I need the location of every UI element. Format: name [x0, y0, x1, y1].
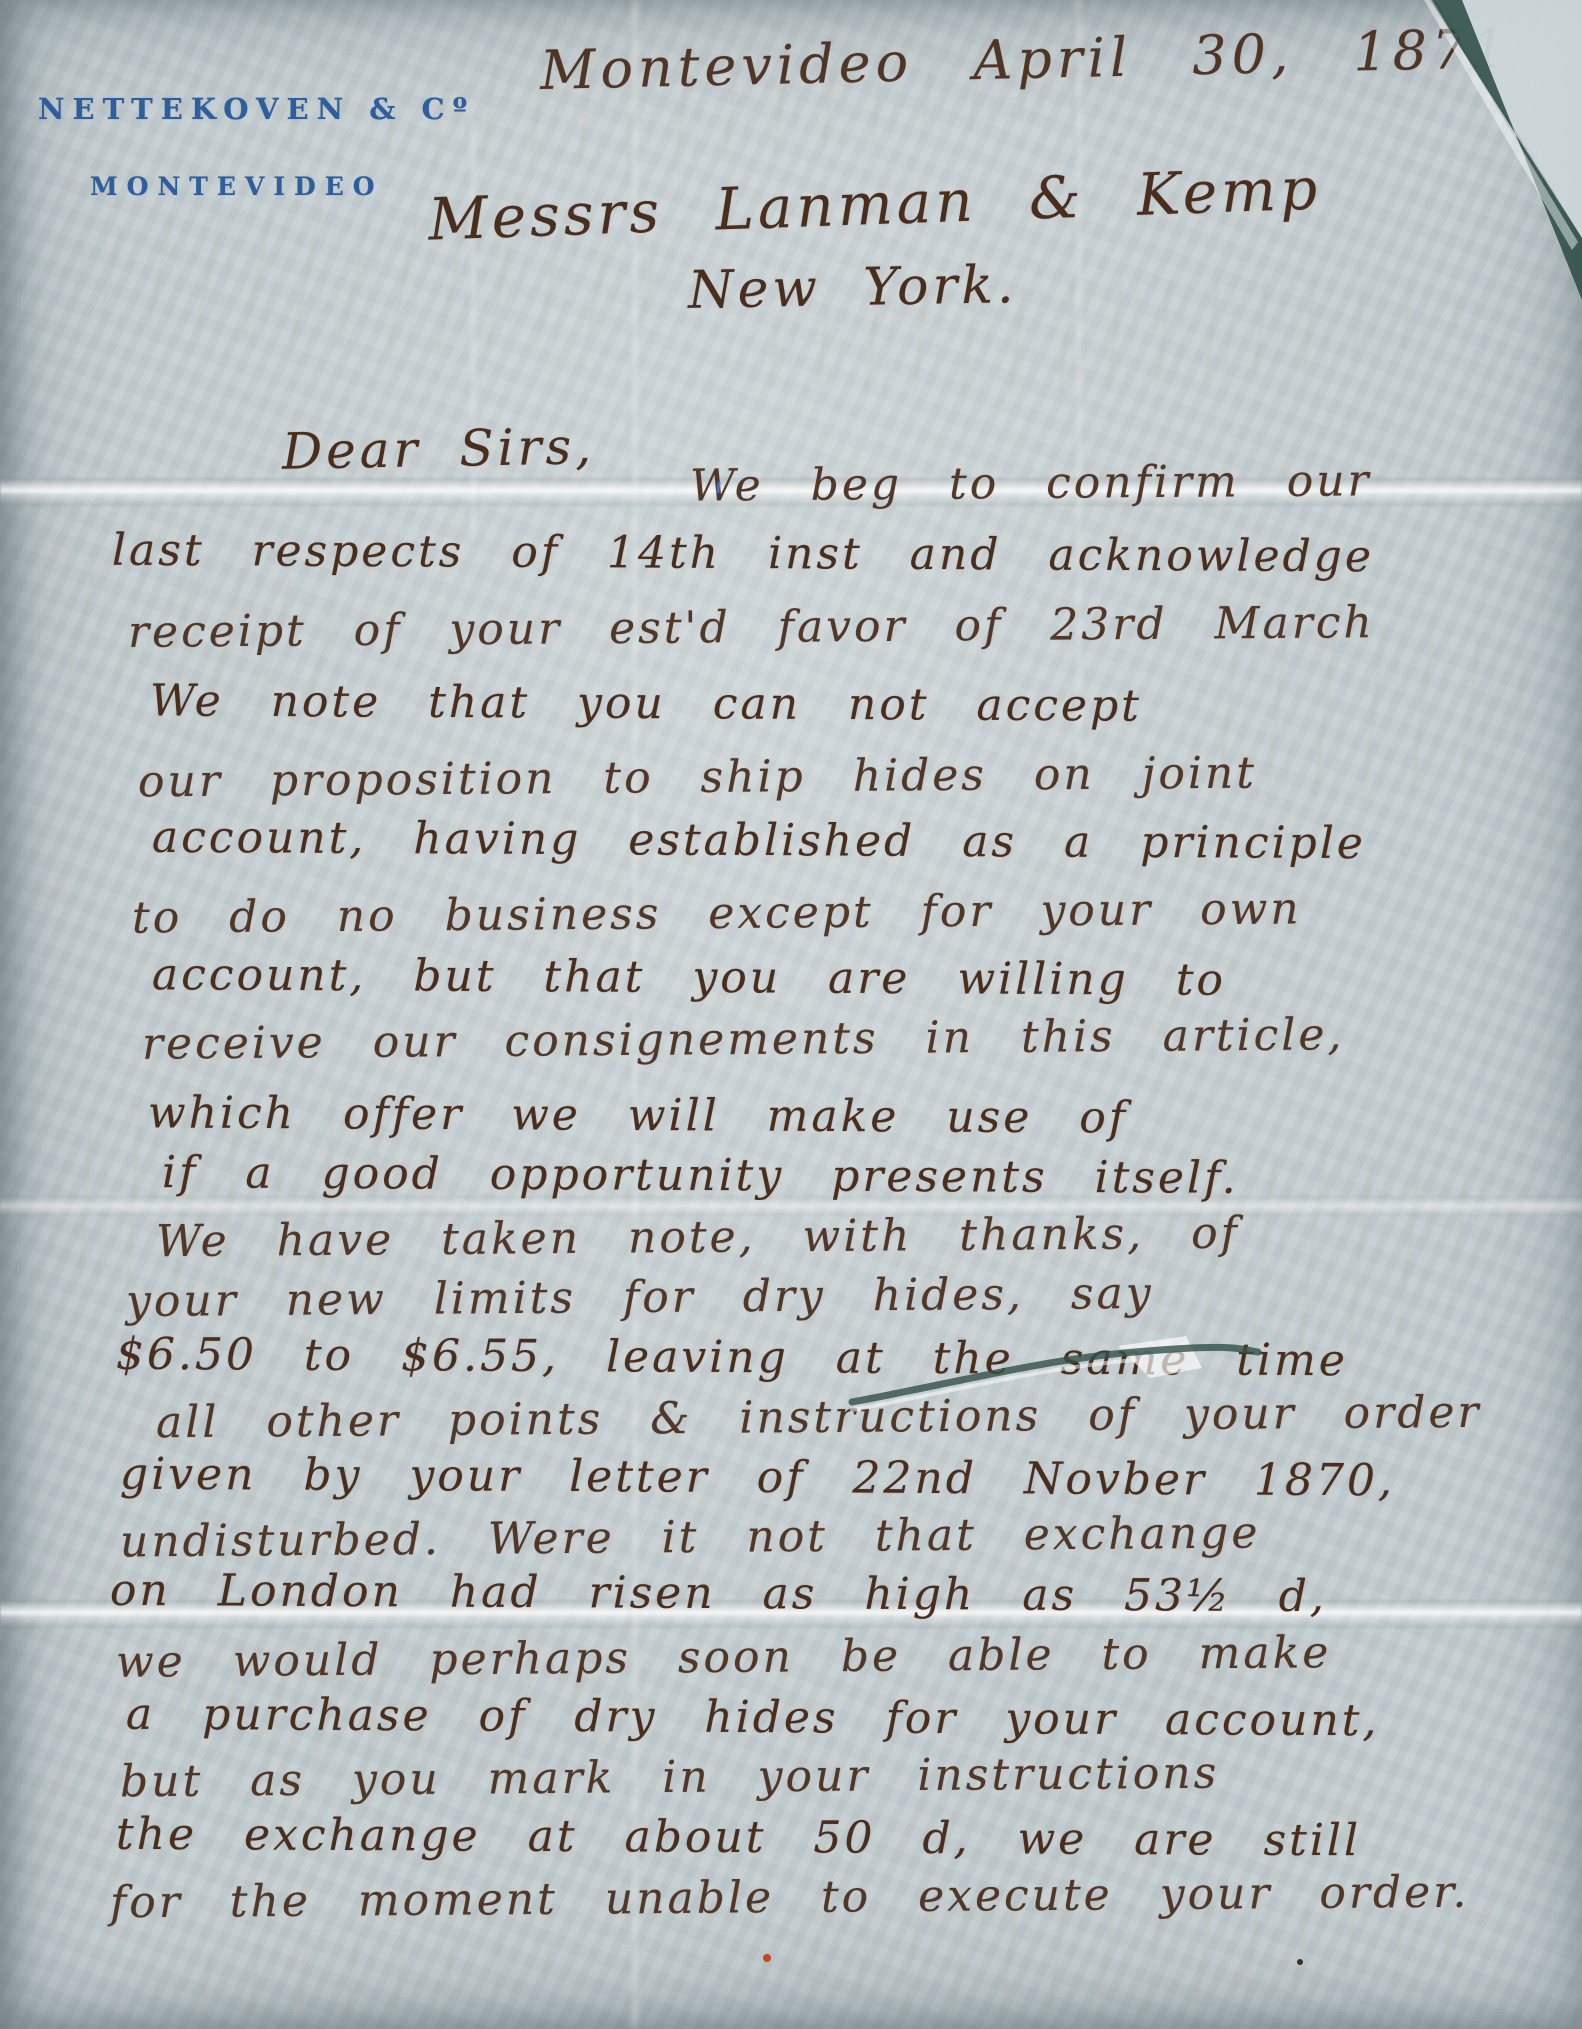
letter-line: account, having established as a princip… [152, 812, 1366, 869]
letter-line: all other points & instructions of your … [156, 1387, 1482, 1448]
letter-line: our proposition to ship hides on joint [138, 748, 1257, 808]
letter-line: the exchange at about 50 d, we are still [116, 1809, 1361, 1867]
letterhead: NETTEKOVEN & Cº MONTEVIDEO [38, 92, 475, 201]
letter-line: but as you mark in your instructions [120, 1748, 1220, 1808]
letter-line: We note that you can not accept [150, 675, 1142, 731]
recipient-name: Messrs Lanman & Kemp [427, 154, 1322, 253]
letterhead-company: NETTEKOVEN & Cº [38, 92, 475, 126]
letter-line: undisturbed. Were it not that exchange [120, 1508, 1261, 1568]
letter-line: if a good opportunity presents itself. [162, 1147, 1239, 1204]
letter-line: account, but that you are willing to [152, 949, 1226, 1006]
date-line: Montevideo April 30, 1871 [539, 17, 1511, 102]
letterhead-city: MONTEVIDEO [90, 172, 475, 201]
letter-line: your new limits for dry hides, say [126, 1268, 1154, 1327]
letter-line: a purchase of dry hides for your account… [126, 1689, 1380, 1747]
letter-line: $6.50 to $6.55, leaving at the same time [116, 1329, 1348, 1386]
letter-line: for the moment unable to execute your or… [110, 1867, 1470, 1929]
letter-line: given by your letter of 22nd Novber 1870… [120, 1449, 1395, 1507]
bleed-through-texture [148, 1919, 572, 2029]
letter-line: which offer we will make use of [148, 1087, 1128, 1143]
letter-line: on London had risen as high as 53½ d, [110, 1565, 1327, 1622]
salutation: Dear Sirs, [282, 417, 596, 480]
letter-line: last respects of 14th inst and acknowled… [112, 525, 1374, 583]
letter-line: receive our consignements in this articl… [142, 1009, 1345, 1069]
letter-line: to do no business except for your own [132, 883, 1302, 943]
recipient-city: New York. [688, 255, 1018, 321]
letter-line: We beg to confirm our [690, 455, 1372, 511]
letter-line: We have taken note, with thanks, of [156, 1208, 1240, 1268]
letter-line: we would perhaps soon be able to make [116, 1627, 1332, 1688]
letter-line: receipt of your est'd favor of 23rd Marc… [128, 597, 1375, 658]
letter-page: NETTEKOVEN & Cº MONTEVIDEO Montevideo Ap… [0, 0, 1582, 2029]
